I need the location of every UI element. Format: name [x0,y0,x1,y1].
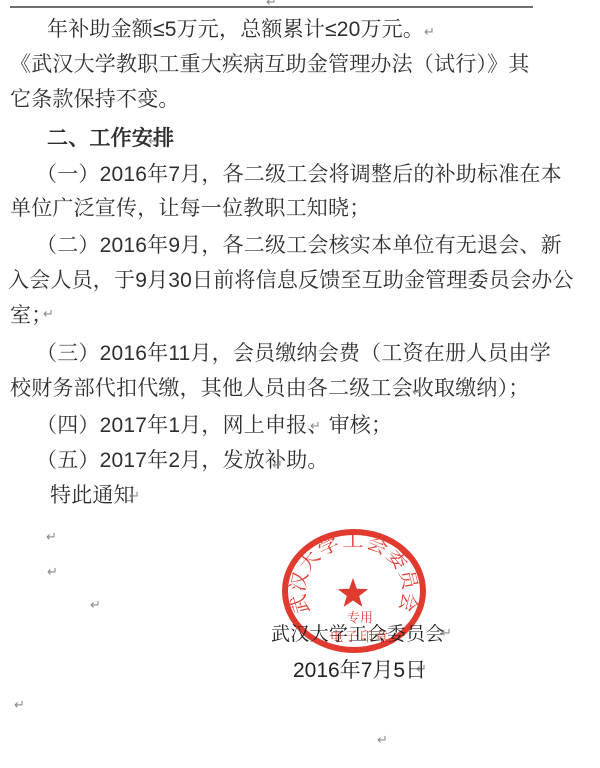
body-line: 入会人员，于9月30日前将信息反馈至互助金管理委员会办公 [8,268,574,293]
paragraph-mark-icon: ↵ [148,134,159,147]
body-line: （二）2016年9月，各二级工会核实本单位有无退会、新 [36,233,562,258]
body-line: （五）2017年2月，发放补助。 [36,448,329,473]
paragraph-mark-icon: ↵ [377,733,388,746]
body-line: 《武汉大学教职工重大疾病互助金管理办法（试行）》其 [10,52,530,77]
body-line: （三）2016年11月，会员缴纳会费（工资在册人员由学 [36,341,551,366]
header-rule [10,6,533,8]
body-line: 年补助金额≤5万元，总额累计≤20万元。 [47,17,424,42]
signature-org: 武汉大学工会委员会 [271,619,445,646]
body-line: 特此通知 [50,483,135,508]
paragraph-mark-icon: ↵ [138,94,149,107]
paragraph-mark-icon: ↵ [47,565,58,578]
body-line: （一）2016年7月，各二级工会将调整后的补助标准在本 [36,162,562,187]
signature-date: 2016年7月5日 [293,654,426,684]
document-page: ↵ 年补助金额≤5万元，总额累计≤20万元。 《武汉大学教职工重大疾病互助金管理… [0,0,600,768]
body-line: （四）2017年1月，网上申报、审核； [36,413,392,438]
paragraph-mark-icon: ↵ [129,489,140,502]
paragraph-mark-icon: ↵ [424,25,435,38]
paragraph-mark-icon: ↵ [310,419,321,432]
body-line: 单位广泛宣传，让每一位教职工知晓； [10,196,370,221]
paragraph-mark-icon: ↵ [90,598,101,611]
paragraph-mark-icon: ↵ [46,530,57,543]
seal-ring-text: 武汉大学工会委员会 [286,532,422,616]
svg-text:武汉大学工会委员会: 武汉大学工会委员会 [286,532,422,616]
paragraph-mark-icon: ↵ [272,458,283,471]
seal-star-icon [338,578,368,607]
body-line: 校财务部代扣代缴，其他人员由各二级工会收取缴纳）； [10,376,530,401]
paragraph-mark-icon: ↵ [14,698,25,711]
paragraph-mark-icon: ↵ [223,205,234,218]
paragraph-mark-icon: ↵ [412,385,423,398]
paragraph-mark-icon: ↵ [43,307,54,320]
body-line: 它条款保持不变。 [10,87,180,112]
